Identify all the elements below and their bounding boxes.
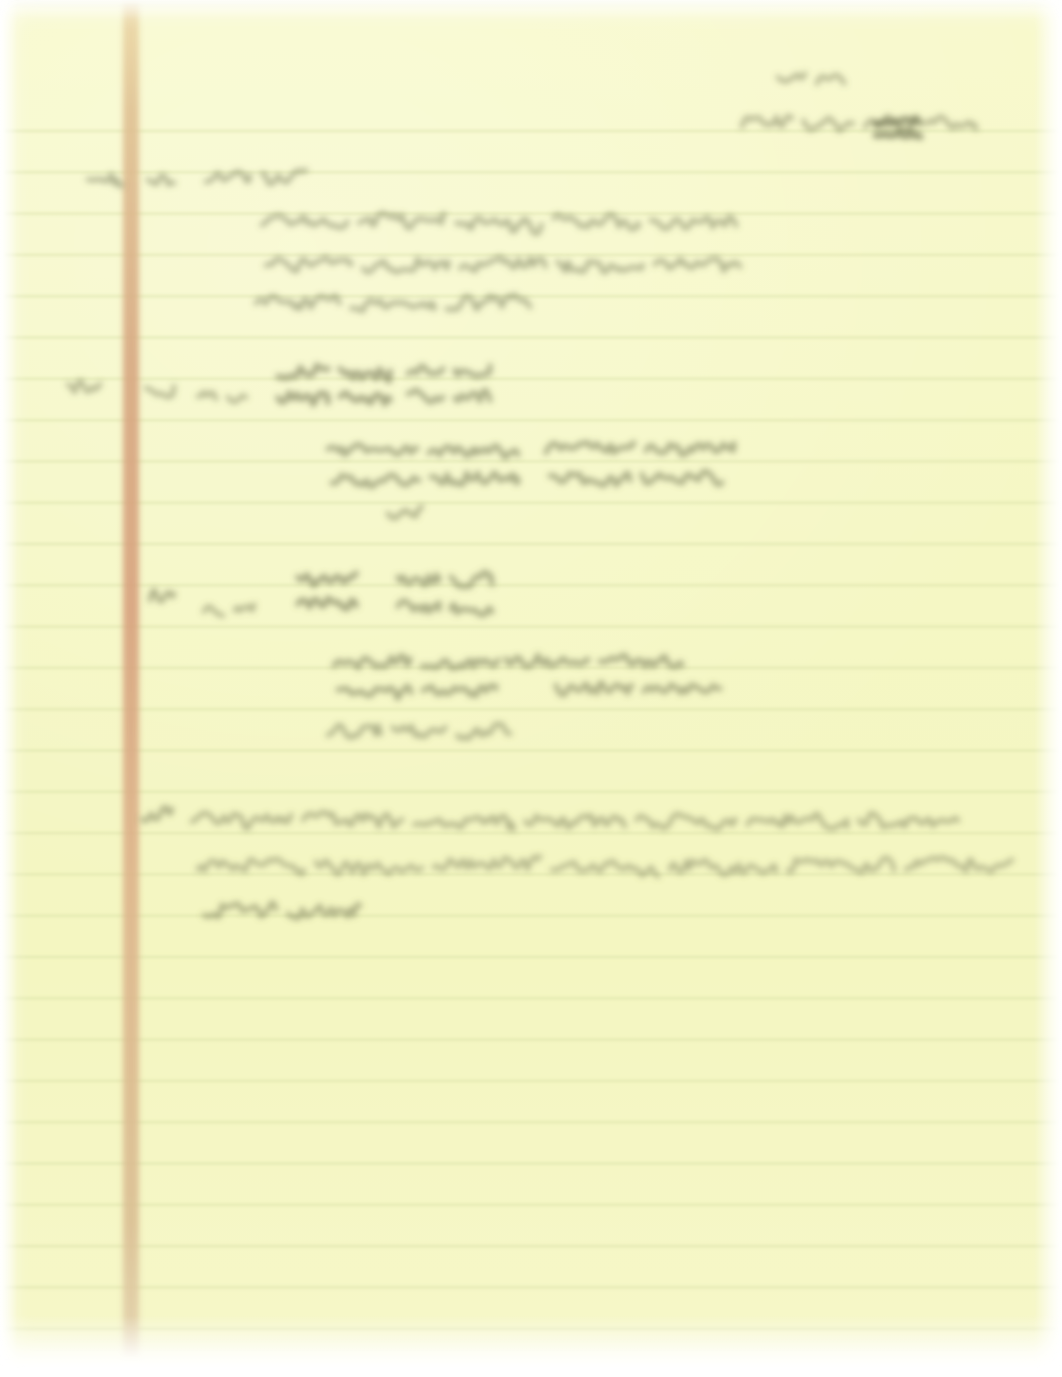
handwriting-result2 <box>328 724 510 738</box>
handwriting-fraction1-denominator-b <box>550 471 722 485</box>
handwriting-header-note-line2 <box>742 116 976 130</box>
handwriting-fraction2-numerator-a <box>334 656 498 669</box>
handwriting-item-a-label <box>148 175 174 184</box>
handwriting-part-b-sub <box>204 605 254 616</box>
handwriting-fraction2-denominator-a <box>338 686 496 699</box>
ink-stroke <box>742 116 976 130</box>
handwriting-fraction1-numerator-b <box>546 443 734 455</box>
handwriting-paragraph1-line2 <box>266 257 740 272</box>
ink-stroke <box>408 390 490 402</box>
handwriting-part-a-sub2 <box>198 392 246 402</box>
ink-stroke <box>150 590 174 601</box>
handwriting-part-c-label <box>142 807 172 820</box>
ink-stroke <box>388 507 422 518</box>
ink-stroke <box>192 812 958 830</box>
ink-stroke <box>332 473 518 487</box>
handwriting-paragraph1-line1 <box>262 213 736 233</box>
ink-stroke <box>546 443 734 455</box>
ink-stroke <box>550 471 722 485</box>
handwriting-formula2-right <box>398 572 492 615</box>
ink-stroke <box>88 174 122 186</box>
ink-stroke <box>262 213 736 233</box>
ink-stroke <box>398 601 492 615</box>
handwriting-fraction1-numerator-a <box>328 445 518 458</box>
ink-stroke <box>204 605 254 616</box>
ink-stroke <box>556 683 720 695</box>
handwriting-formula1-left <box>278 365 390 404</box>
ink-stroke <box>146 386 174 397</box>
legal-pad-page <box>0 0 1062 1377</box>
ink-stroke <box>778 74 844 84</box>
ink-stroke <box>198 392 246 402</box>
ink-stroke <box>278 393 390 405</box>
ruled-lines <box>4 131 1058 1329</box>
page-canvas <box>0 0 1062 1377</box>
handwriting-part-b-label <box>150 590 174 601</box>
handwriting-header-note-line1 <box>778 74 844 84</box>
ink-stroke <box>328 724 510 738</box>
notes-photo: Blurred photograph of a handwritten note… <box>0 0 1062 1377</box>
ink-stroke <box>334 656 498 669</box>
handwriting-problem-number <box>88 174 122 186</box>
handwriting-formula2-left <box>298 573 356 608</box>
handwriting-fraction1-denominator-a <box>332 473 518 487</box>
handwriting-formula1-right <box>408 366 490 402</box>
handwriting-fraction2-numerator-b <box>506 655 682 666</box>
ink-stroke <box>338 686 496 699</box>
handwriting-part-a-sub1 <box>146 386 174 397</box>
handwriting-paragraph-c-line1 <box>192 812 958 830</box>
ink-stroke <box>266 257 740 272</box>
ink-stroke <box>408 366 490 376</box>
ink-stroke <box>506 655 682 666</box>
ink-stroke <box>142 807 172 820</box>
handwriting-fraction2-denominator-b <box>556 683 720 695</box>
ink-stroke <box>876 133 920 137</box>
margin-line <box>123 0 139 1357</box>
handwriting-result1 <box>388 507 422 518</box>
ink-stroke <box>298 598 356 608</box>
ink-stroke <box>328 445 518 458</box>
ink-stroke <box>298 573 356 585</box>
ink-stroke <box>68 381 100 392</box>
ink-stroke <box>148 175 174 184</box>
handwriting-part-a-number <box>68 381 100 392</box>
